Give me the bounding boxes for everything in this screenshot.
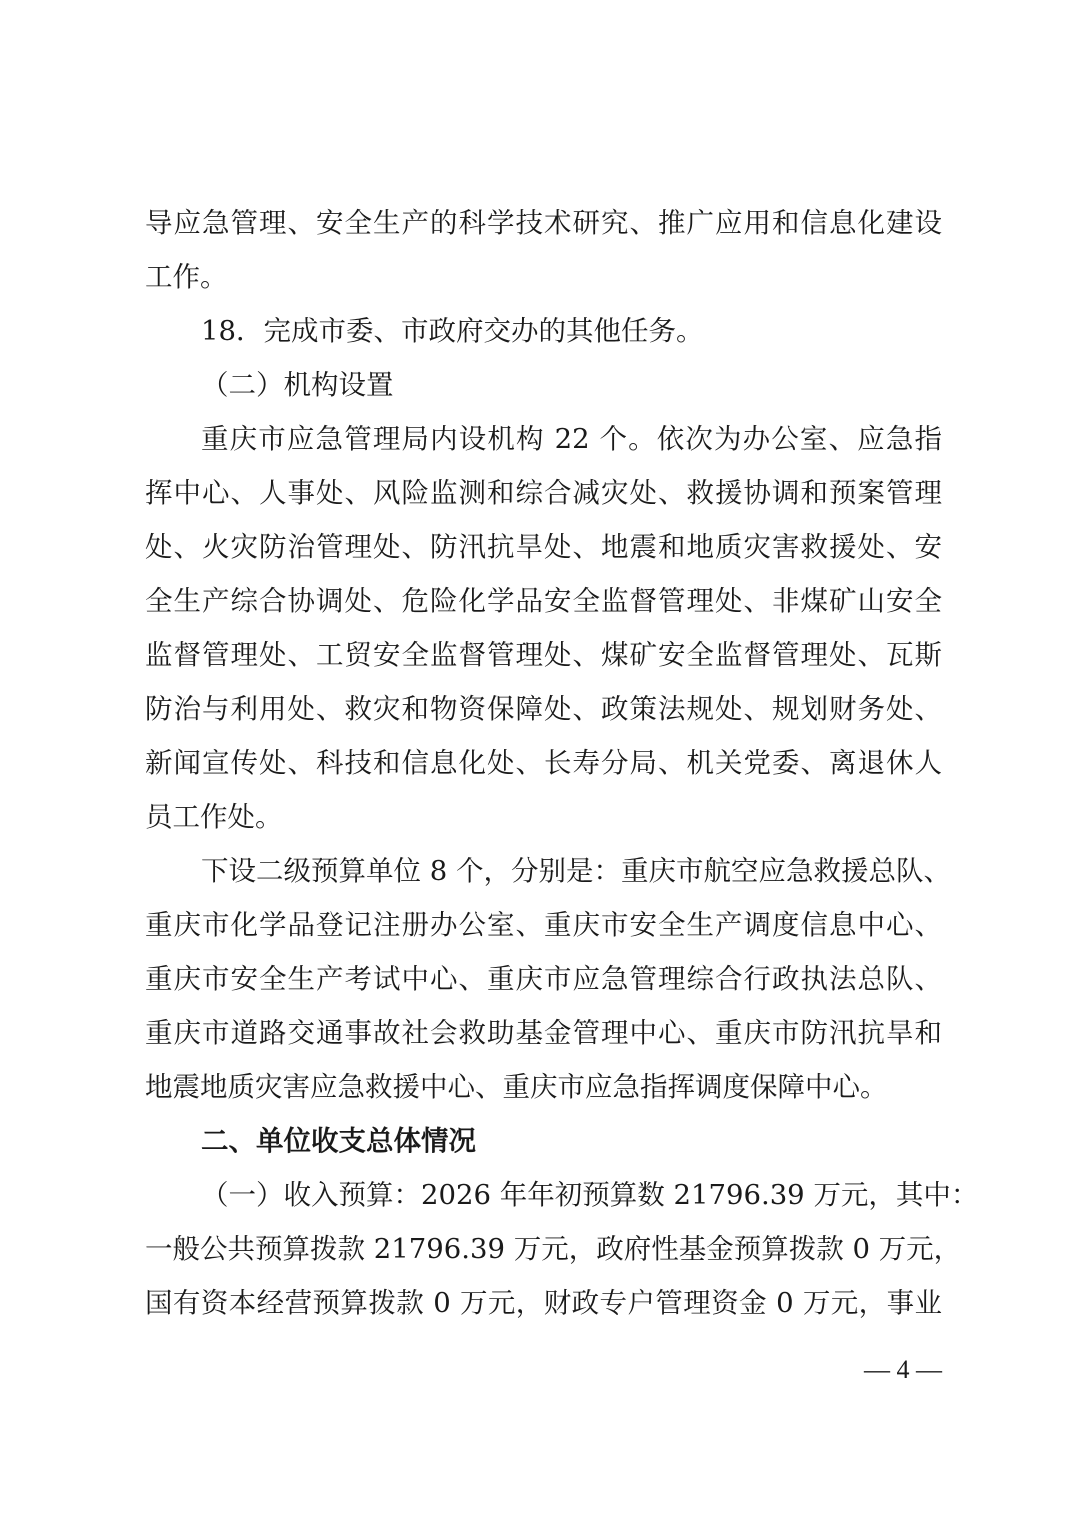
text-line: 监督管理处、工贸安全监督管理处、煤矿安全监督管理处、瓦斯 xyxy=(145,628,942,682)
text-line: 18．完成市委、市政府交办的其他任务。 xyxy=(145,304,942,358)
paragraph-duty-18: 18．完成市委、市政府交办的其他任务。 xyxy=(145,304,942,358)
paragraph-income-budget: （一）收入预算：2026 年年初预算数 21796.39 万元，其中： 一般公共… xyxy=(145,1168,942,1330)
text-line: 工作。 xyxy=(145,250,942,304)
text-line: 导应急管理、安全生产的科学技术研究、推广应用和信息化建设 xyxy=(145,196,942,250)
text-line: 重庆市化学品登记注册办公室、重庆市安全生产调度信息中心、 xyxy=(145,898,942,952)
paragraph-internal-agencies: 重庆市应急管理局内设机构 22 个。依次为办公室、应急指 挥中心、人事处、风险监… xyxy=(145,412,942,844)
text-line: 挥中心、人事处、风险监测和综合减灾处、救援协调和预案管理 xyxy=(145,466,942,520)
text-line: 重庆市道路交通事故社会救助基金管理中心、重庆市防汛抗旱和 xyxy=(145,1006,942,1060)
text-line: 一般公共预算拨款 21796.39 万元，政府性基金预算拨款 0 万元， xyxy=(145,1222,942,1276)
text-line: 地震地质灾害应急救援中心、重庆市应急指挥调度保障中心。 xyxy=(145,1060,942,1114)
text-line: 全生产综合协调处、危险化学品安全监督管理处、非煤矿山安全 xyxy=(145,574,942,628)
paragraph-duty-17-tail: 导应急管理、安全生产的科学技术研究、推广应用和信息化建设 工作。 xyxy=(145,196,942,304)
sub-heading: （二）机构设置 xyxy=(145,358,942,412)
text-line: （一）收入预算：2026 年年初预算数 21796.39 万元，其中： xyxy=(145,1168,942,1222)
section-heading-income-expenditure: 二、单位收支总体情况 xyxy=(145,1114,942,1168)
text-line: 防治与利用处、救灾和物资保障处、政策法规处、规划财务处、 xyxy=(145,682,942,736)
paragraph-secondary-units: 下设二级预算单位 8 个，分别是：重庆市航空应急救援总队、 重庆市化学品登记注册… xyxy=(145,844,942,1114)
text-line: 员工作处。 xyxy=(145,790,942,844)
text-line: 新闻宣传处、科技和信息化处、长寿分局、机关党委、离退休人 xyxy=(145,736,942,790)
text-line: 下设二级预算单位 8 个，分别是：重庆市航空应急救援总队、 xyxy=(145,844,942,898)
document-page: 导应急管理、安全生产的科学技术研究、推广应用和信息化建设 工作。 18．完成市委… xyxy=(145,196,942,1330)
text-line: 重庆市安全生产考试中心、重庆市应急管理综合行政执法总队、 xyxy=(145,952,942,1006)
text-line: 处、火灾防治管理处、防汛抗旱处、地震和地质灾害救援处、安 xyxy=(145,520,942,574)
section-heading-institution-setup: （二）机构设置 xyxy=(145,358,942,412)
heading: 二、单位收支总体情况 xyxy=(145,1114,942,1168)
text-line: 重庆市应急管理局内设机构 22 个。依次为办公室、应急指 xyxy=(145,412,942,466)
page-number: — 4 — xyxy=(860,1350,942,1390)
text-line: 国有资本经营预算拨款 0 万元，财政专户管理资金 0 万元，事业 xyxy=(145,1276,942,1330)
